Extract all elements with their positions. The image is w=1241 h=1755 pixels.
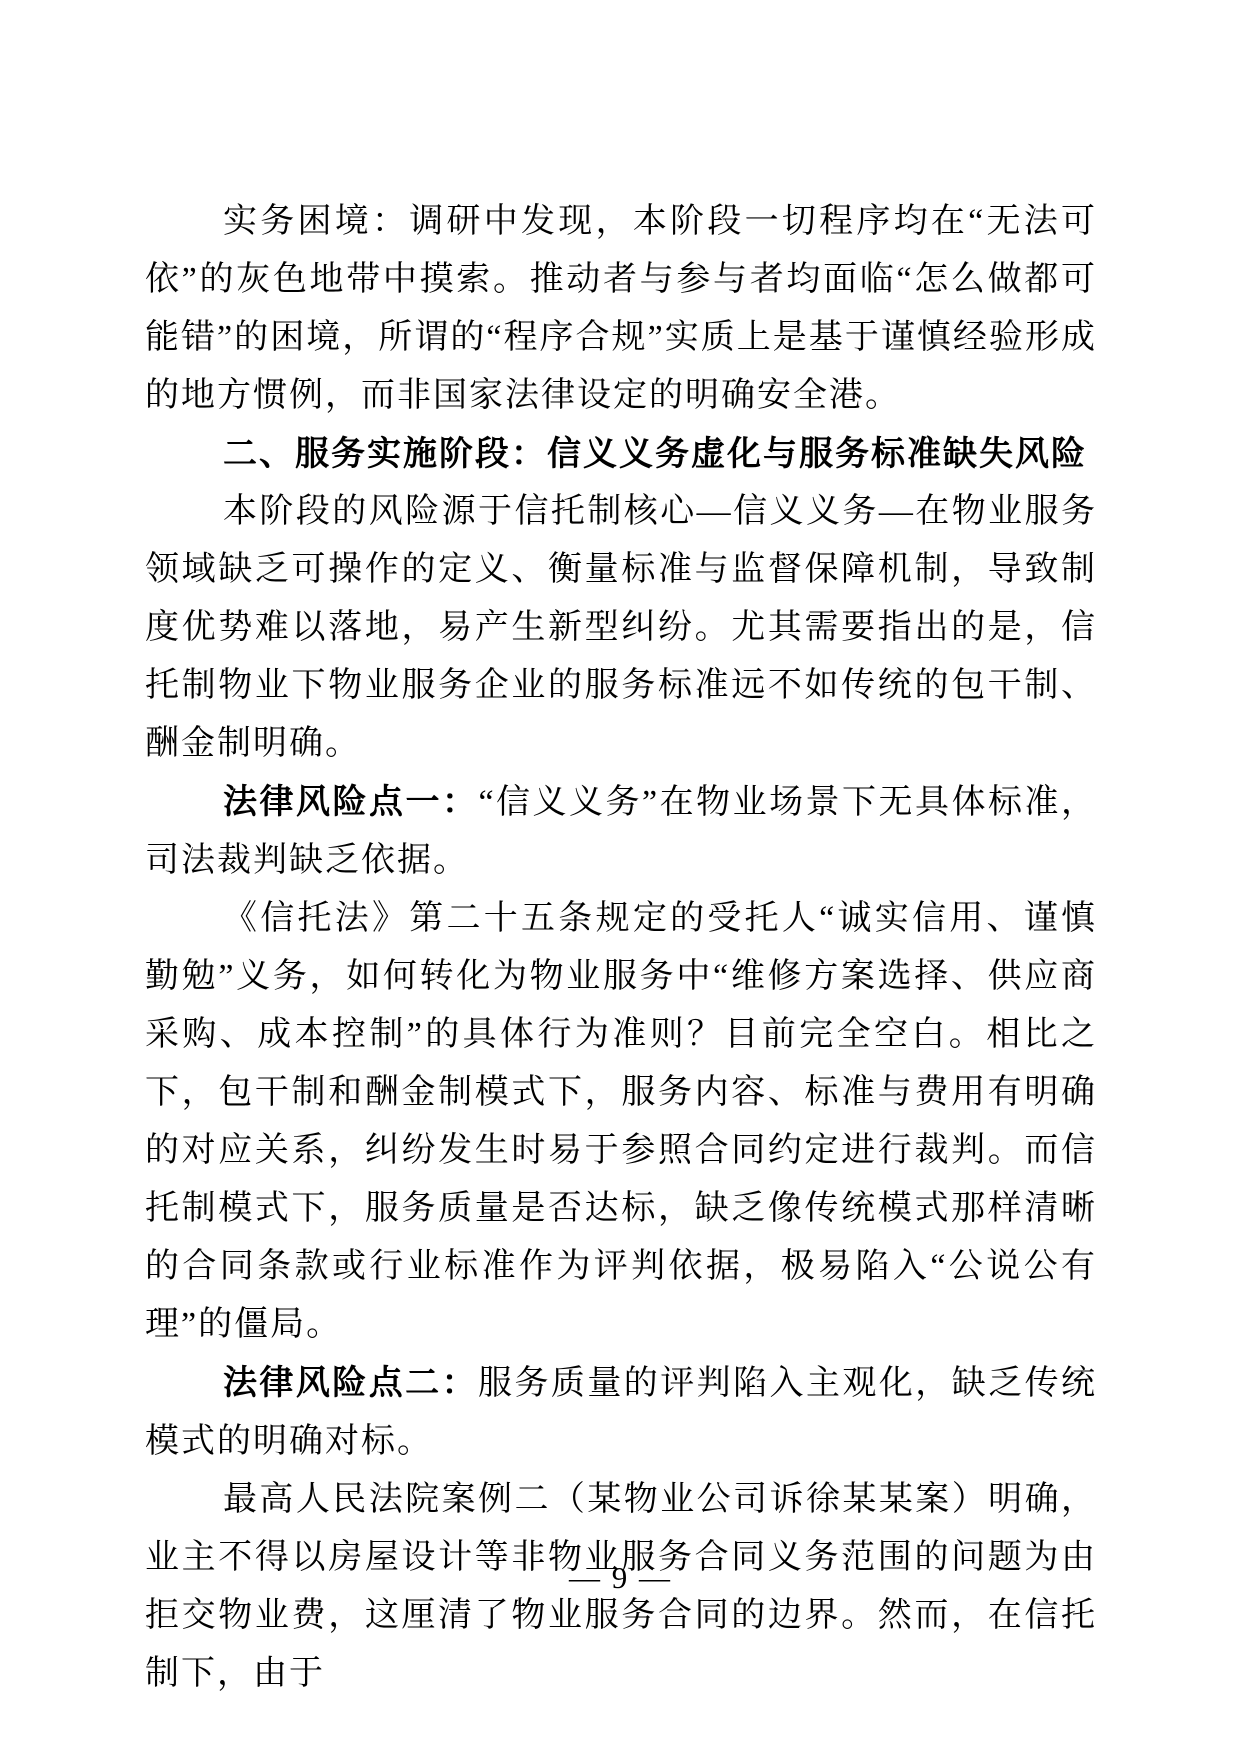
document-page: { "page": { "background": "#ffffff", "te… [0, 0, 1241, 1755]
para-risk-point-1: 法律风险点一：“信义义务”在物业场景下无具体标准，司法裁判缺乏依据。 [145, 773, 1097, 890]
para-practical-dilemma: 实务困境：调研中发现，本阶段一切程序均在“无法可依”的灰色地带中摸索。推动者与参… [145, 193, 1097, 425]
para-trust-law: 《信托法》第二十五条规定的受托人“诚实信用、谨慎勤勉”义务，如何转化为物业服务中… [145, 890, 1097, 1354]
para-stage-risk: 本阶段的风险源于信托制核心—信义义务—在物业服务领域缺乏可操作的定义、衡量标准与… [145, 483, 1097, 773]
heading-section-2: 二、服务实施阶段：信义义务虚化与服务标准缺失风险 [145, 425, 1097, 483]
para-risk-point-2: 法律风险点二：服务质量的评判陷入主观化，缺乏传统模式的明确对标。 [145, 1354, 1097, 1471]
risk-point-2-label: 法律风险点二： [223, 1364, 478, 1402]
page-number: — 9 — [0, 1560, 1241, 1596]
risk-point-1-label: 法律风险点一： [223, 783, 478, 821]
document-body: 实务困境：调研中发现，本阶段一切程序均在“无法可依”的灰色地带中摸索。推动者与参… [145, 193, 1097, 1703]
